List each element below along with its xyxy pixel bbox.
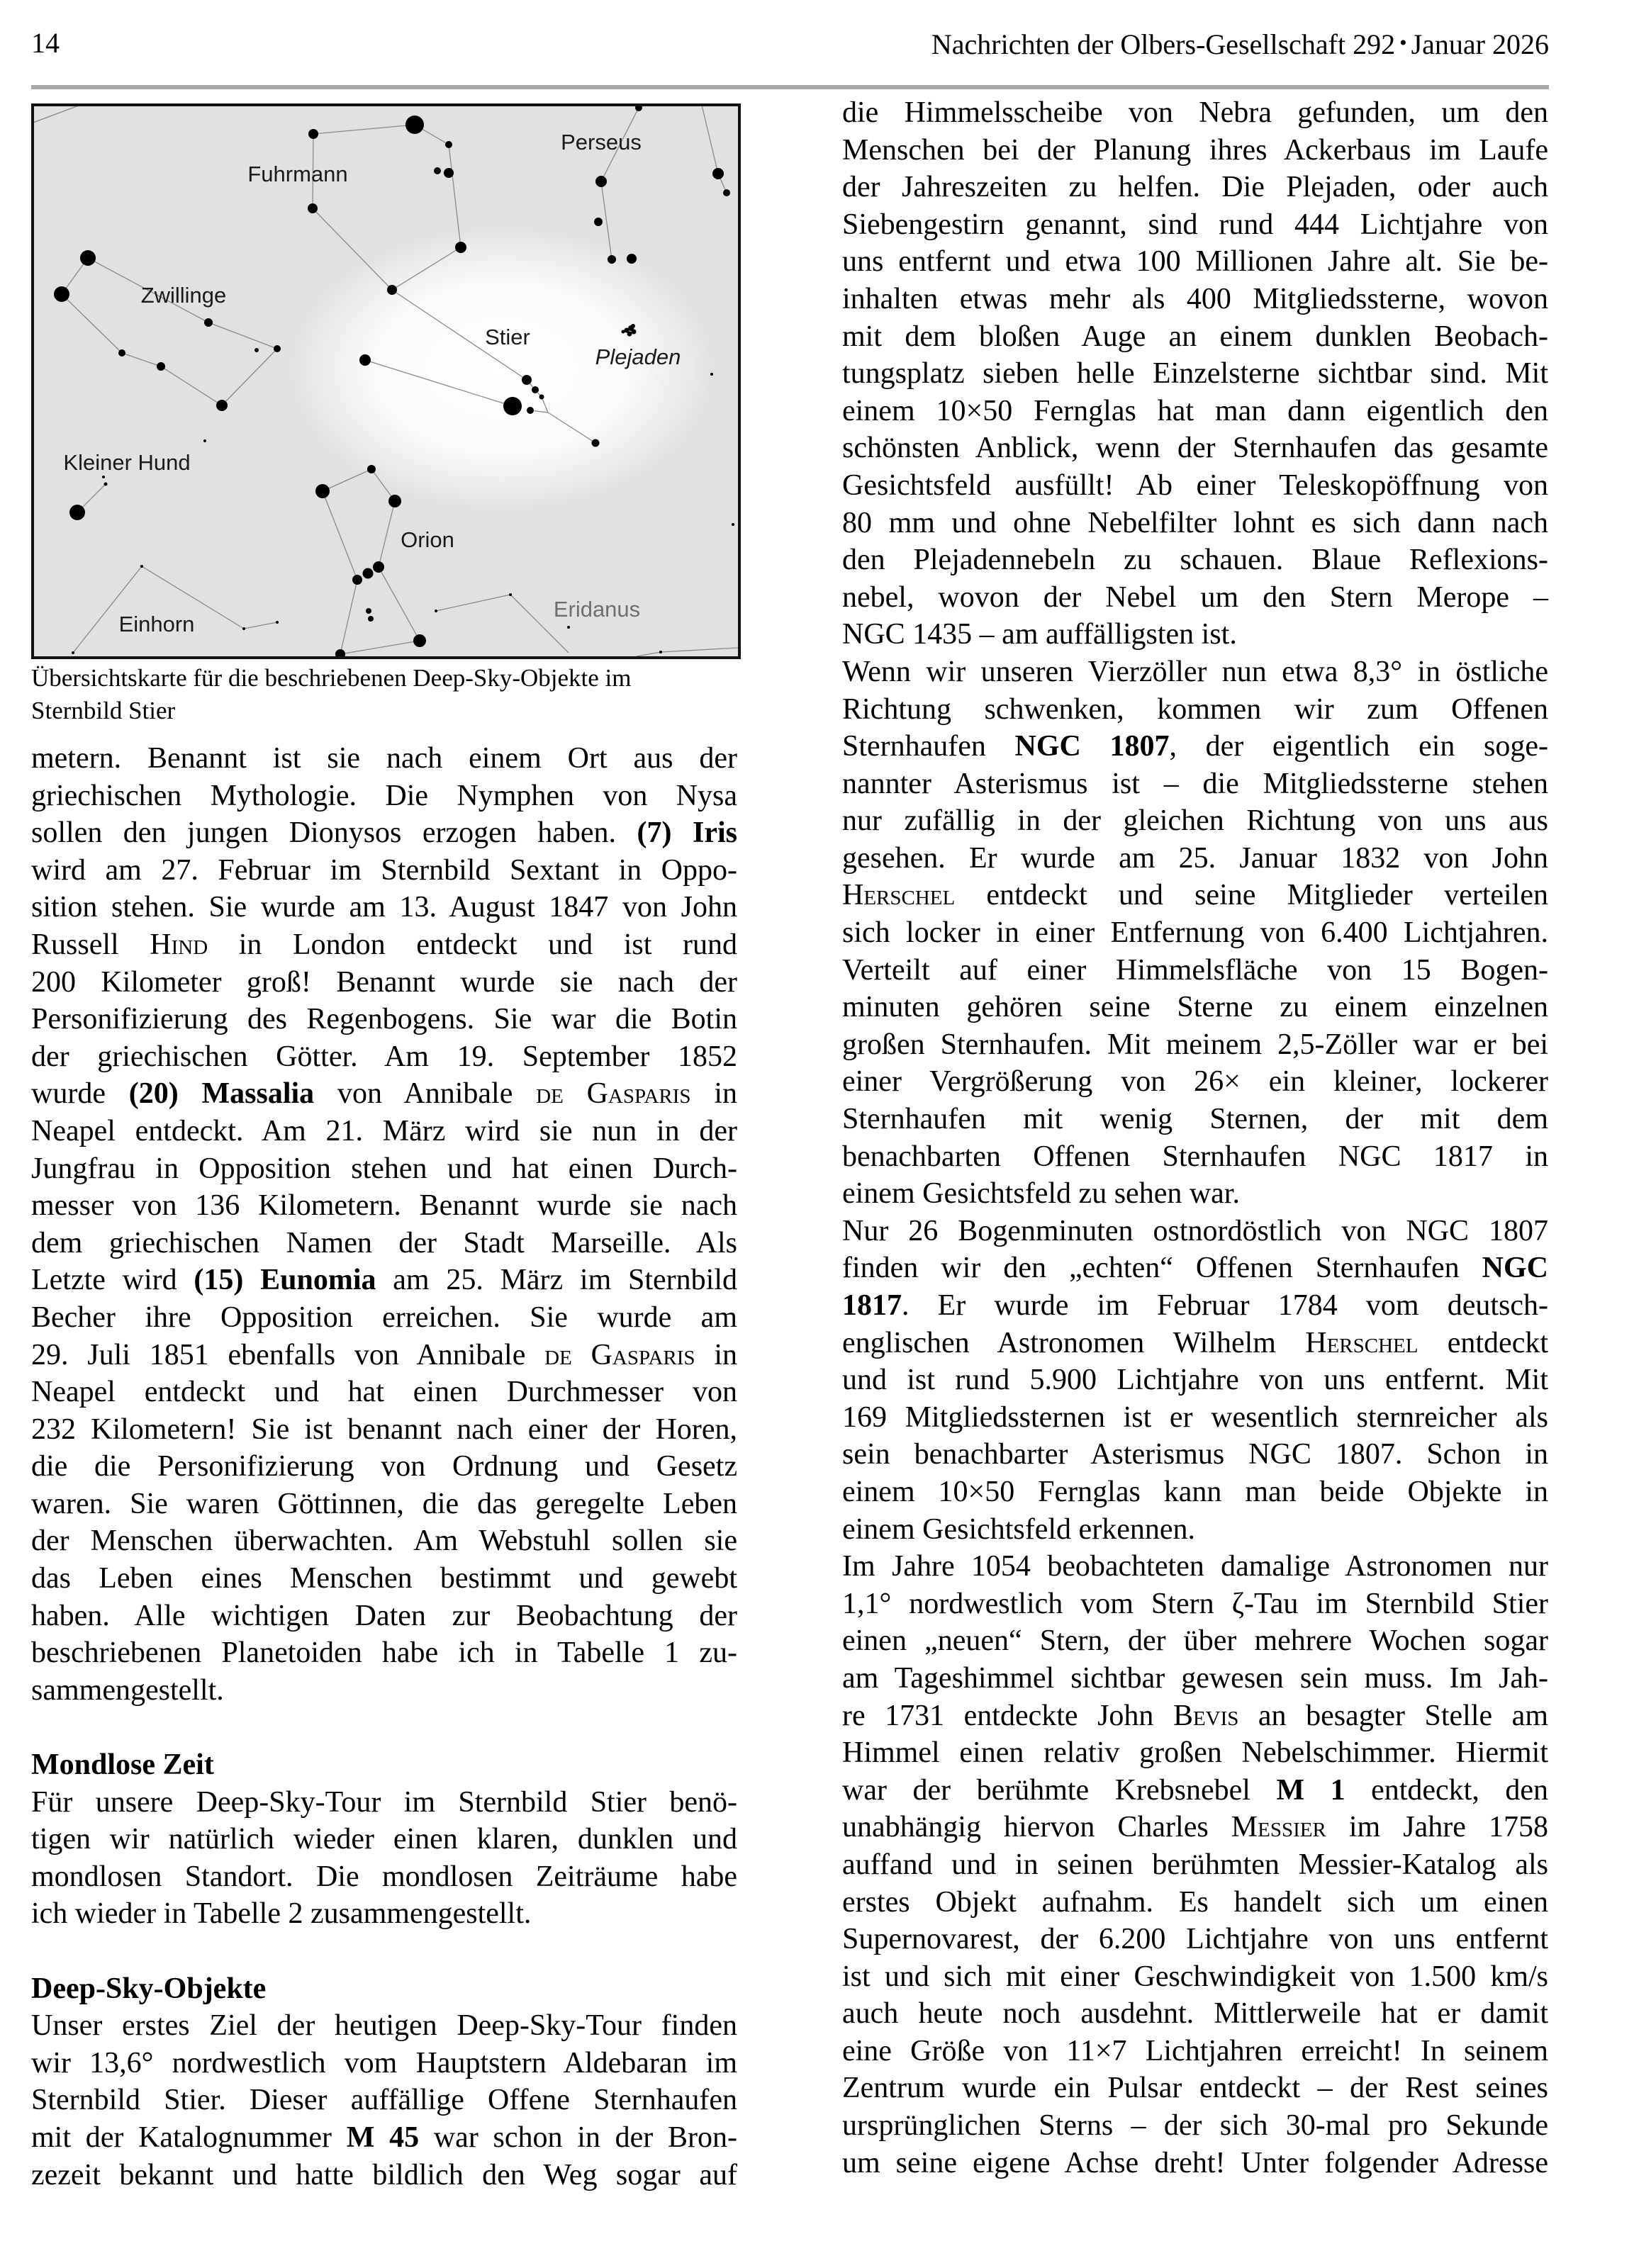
text-line: dem griechischen Namen der Stadt Marseil… xyxy=(31,1225,737,1262)
text-line: Herschel entdeckt und seine Mitglieder v… xyxy=(842,877,1548,914)
text-line: nur zufällig in der gleichen Richtung vo… xyxy=(842,802,1548,840)
text-line: der Jahreszeiten zu helfen. Die Plejaden… xyxy=(842,169,1548,206)
text-line: Sternhaufen mit wenig Sternen, der mit d… xyxy=(842,1101,1548,1138)
section-heading-deep-sky-objekte: Deep-Sky-Objekte xyxy=(31,1970,737,2008)
text-line: Sternhaufen NGC 1807, der eigentlich ein… xyxy=(842,728,1548,765)
text-line: englischen Astronomen Wilhelm Herschel e… xyxy=(842,1325,1548,1362)
text-line: Personifizierung des Regenbogens. Sie wa… xyxy=(31,1001,737,1038)
text-line: den Plejadennebeln zu schauen. Blaue Ref… xyxy=(842,541,1548,579)
text-line: Russell Hind in London entdeckt und ist … xyxy=(31,926,737,964)
caption-line: Sternbild Stier xyxy=(31,695,737,727)
left-column: metern. Benannt ist sie nach einem Ort a… xyxy=(31,740,737,2194)
text-line: einen „neuen“ Stern, der über mehrere Wo… xyxy=(842,1622,1548,1660)
text-line: Supernovarest, der 6.200 Lichtjahre von … xyxy=(842,1921,1548,1958)
section-heading-mondlose-zeit: Mondlose Zeit xyxy=(31,1746,737,1784)
text-line: sammengestellt. xyxy=(31,1672,737,1710)
text-line: war der berühmte Krebsnebel M 1 entdeckt… xyxy=(842,1772,1548,1809)
text-line: Verteilt auf einer Himmelsfläche von 15 … xyxy=(842,952,1548,989)
paragraph: Nur 26 Bogenminuten ostnordöstlich von N… xyxy=(842,1213,1548,1548)
text-line: Richtung schwenken, kommen wir zum Offen… xyxy=(842,691,1548,729)
text-line: griechischen Mythologie. Die Nymphen von… xyxy=(31,777,737,815)
text-line: NGC 1435 – am auffälligsten ist. xyxy=(842,616,1548,653)
text-line: am Tageshimmel sichtbar gewesen sein mus… xyxy=(842,1660,1548,1697)
text-line: auffand und in seinen berühmten Messier-… xyxy=(842,1846,1548,1884)
text-line: die Himmelsscheibe von Nebra gefunden, u… xyxy=(842,94,1548,132)
text-line: 232 Kilometern! Sie ist benannt nach ein… xyxy=(31,1411,737,1449)
text-line: gesehen. Er wurde am 25. Januar 1832 von… xyxy=(842,840,1548,877)
text-line: das Leben eines Menschen bestimmt und ge… xyxy=(31,1560,737,1598)
text-line: Neapel entdeckt. Am 21. März wird sie nu… xyxy=(31,1113,737,1150)
text-line: Zentrum wurde ein Pulsar entdeckt – der … xyxy=(842,2070,1548,2107)
text-line: sich locker in einer Entfernung von 6.40… xyxy=(842,914,1548,952)
label-fuhrmann: Fuhrmann xyxy=(247,162,347,186)
text-line: Unser erstes Ziel der heutigen Deep-Sky-… xyxy=(31,2007,737,2045)
text-line: 1817. Er wurde im Februar 1784 vom deuts… xyxy=(842,1287,1548,1325)
text-line: zezeit bekannt und hatte bildlich den We… xyxy=(31,2157,737,2194)
text-line: 29. Juli 1851 ebenfalls von Annibale de … xyxy=(31,1337,737,1374)
text-line: wir 13,6° nordwestlich vom Hauptstern Al… xyxy=(31,2045,737,2082)
bullet-separator-icon: • xyxy=(1395,31,1411,55)
text-line: großen Sternhaufen. Mit meinem 2,5-Zölle… xyxy=(842,1026,1548,1064)
text-line: ich wieder in Tabelle 2 zusammengestellt… xyxy=(31,1895,737,1933)
text-line: 80 mm und ohne Nebelfilter lohnt es sich… xyxy=(842,505,1548,542)
text-line: auch heute noch ausdehnt. Mittlerweile h… xyxy=(842,1995,1548,2033)
text-line: metern. Benannt ist sie nach einem Ort a… xyxy=(31,740,737,777)
text-line: Siebengestirn genannt, sind rund 444 Lic… xyxy=(842,206,1548,244)
text-line: nannter Asterismus ist – die Mitgliedsst… xyxy=(842,765,1548,803)
label-stier: Stier xyxy=(485,325,530,349)
text-line: einem 10×50 Fernglas kann man beide Obje… xyxy=(842,1473,1548,1511)
label-zwillinge: Zwillinge xyxy=(141,283,227,308)
caption-line: Übersichtskarte für die beschriebenen De… xyxy=(31,662,737,695)
spacer xyxy=(31,1933,737,1970)
text-line: einem 10×50 Fernglas hat man dann eigent… xyxy=(842,393,1548,430)
text-line: minuten gehören seine Sterne zu einem ei… xyxy=(842,989,1548,1026)
text-line: re 1731 entdeckte John Bevis an besagter… xyxy=(842,1697,1548,1735)
right-column: die Himmelsscheibe von Nebra gefunden, u… xyxy=(842,94,1548,2182)
text-line: mit dem bloßen Auge an einem dunklen Beo… xyxy=(842,318,1548,356)
text-line: sollen den jungen Dionysos erzogen haben… xyxy=(31,814,737,852)
text-line: 1,1° nordwestlich vom Stern ζ-Tau im Ste… xyxy=(842,1585,1548,1623)
paragraph: metern. Benannt ist sie nach einem Ort a… xyxy=(31,740,737,1709)
text-line: Himmel einen relativ großen Nebelschimme… xyxy=(842,1734,1548,1772)
page-number: 14 xyxy=(31,26,60,61)
text-line: Nur 26 Bogenminuten ostnordöstlich von N… xyxy=(842,1213,1548,1250)
text-line: der Menschen überwachten. Am Webstuhl so… xyxy=(31,1522,737,1560)
text-line: mit der Katalognummer M 45 war schon in … xyxy=(31,2119,737,2157)
paragraph: Unser erstes Ziel der heutigen Deep-Sky-… xyxy=(31,2007,737,2194)
publication-title: Nachrichten der Olbers-Gesellschaft 292•… xyxy=(931,26,1549,62)
paragraph: Im Jahre 1054 beobachteten damalige Astr… xyxy=(842,1548,1548,2182)
text-line: ursprünglichen Sterns – der sich 30-mal … xyxy=(842,2107,1548,2145)
text-line: sein benachbarter Asterismus NGC 1807. S… xyxy=(842,1436,1548,1473)
label-einhorn: Einhorn xyxy=(119,612,195,636)
text-line: uns entfernt und etwa 100 Millionen Jahr… xyxy=(842,243,1548,281)
text-line: haben. Alle wichtigen Daten zur Beobacht… xyxy=(31,1598,737,1635)
text-line: wird am 27. Februar im Sternbild Sextant… xyxy=(31,852,737,889)
text-line: Jungfrau in Opposition stehen und hat ei… xyxy=(31,1150,737,1188)
label-eridanus: Eridanus xyxy=(554,597,640,622)
text-line: beschriebenen Planetoiden habe ich in Ta… xyxy=(31,1634,737,1672)
text-line: benachbarten Offenen Sternhaufen NGC 181… xyxy=(842,1138,1548,1176)
text-line: Im Jahre 1054 beobachteten damalige Astr… xyxy=(842,1548,1548,1585)
text-line: Gesichtsfeld ausfüllt! Ab einer Teleskop… xyxy=(842,467,1548,505)
text-line: Sternbild Stier. Dieser auffällige Offen… xyxy=(31,2082,737,2119)
running-header: 14 Nachrichten der Olbers-Gesellschaft 2… xyxy=(31,26,1549,61)
text-line: tigen wir natürlich wieder einen klaren,… xyxy=(31,1821,737,1858)
text-line: ist und sich mit einer Geschwindigkeit v… xyxy=(842,1958,1548,1996)
spacer xyxy=(31,1709,737,1746)
text-line: Becher ihre Opposition erreichen. Sie wu… xyxy=(31,1299,737,1337)
text-line: einem Gesichtsfeld erkennen. xyxy=(842,1511,1548,1549)
text-line: tungsplatz sieben helle Einzelsterne sic… xyxy=(842,355,1548,393)
text-line: schönsten Anblick, wenn der Sternhaufen … xyxy=(842,430,1548,467)
paragraph: Wenn wir unseren Vierzöller nun etwa 8,3… xyxy=(842,653,1548,1213)
text-line: um seine eigene Achse dreht! Unter folge… xyxy=(842,2145,1548,2182)
text-line: und ist rund 5.900 Lichtjahre von uns en… xyxy=(842,1362,1548,1399)
label-plejaden: Plejaden xyxy=(595,344,681,369)
figure-caption: Übersichtskarte für die beschriebenen De… xyxy=(31,662,737,727)
text-line: erstes Objekt aufnahm. Es handelt sich u… xyxy=(842,1884,1548,1921)
text-line: mondlosen Standort. Die mondlosen Zeiträ… xyxy=(31,1858,737,1896)
header-rule xyxy=(31,85,1549,89)
text-line: der griechischen Götter. Am 19. Septembe… xyxy=(31,1038,737,1076)
text-line: Wenn wir unseren Vierzöller nun etwa 8,3… xyxy=(842,653,1548,691)
text-line: finden wir den „echten“ Offenen Sternhau… xyxy=(842,1250,1548,1287)
text-line: unabhängig hiervon Charles Messier im Ja… xyxy=(842,1809,1548,1846)
text-line: Neapel entdeckt und hat einen Durchmesse… xyxy=(31,1374,737,1411)
text-line: Menschen bei der Planung ihres Ackerbaus… xyxy=(842,132,1548,169)
text-line: Für unsere Deep-Sky-Tour im Sternbild St… xyxy=(31,1784,737,1821)
text-line: messer von 136 Kilometern. Benannt wurde… xyxy=(31,1187,737,1225)
text-line: 200 Kilometer groß! Benannt wurde sie na… xyxy=(31,964,737,1001)
paragraph: Für unsere Deep-Sky-Tour im Sternbild St… xyxy=(31,1784,737,1933)
text-line: nebel, wovon der Nebel um den Stern Mero… xyxy=(842,579,1548,617)
paragraph: die Himmelsscheibe von Nebra gefunden, u… xyxy=(842,94,1548,653)
text-line: sition stehen. Sie wurde am 13. August 1… xyxy=(31,889,737,926)
text-line: einem Gesichtsfeld zu sehen war. xyxy=(842,1175,1548,1213)
text-line: waren. Sie waren Göttinnen, die das gere… xyxy=(31,1486,737,1523)
text-line: inhalten etwas mehr als 400 Mitgliedsste… xyxy=(842,281,1548,318)
star-chart-figure: Fuhrmann Perseus Zwillinge Stier Plejade… xyxy=(31,103,741,659)
label-orion: Orion xyxy=(401,527,454,552)
text-line: eine Größe von 11×7 Lichtjahren erreicht… xyxy=(842,2033,1548,2070)
text-line: Letzte wird (15) Eunomia am 25. März im … xyxy=(31,1262,737,1299)
label-perseus: Perseus xyxy=(561,130,642,155)
text-line: die die Personifizierung von Ordnung und… xyxy=(31,1448,737,1486)
text-line: einer Vergrößerung von 26× ein kleiner, … xyxy=(842,1063,1548,1101)
text-line: wurde (20) Massalia von Annibale de Gasp… xyxy=(31,1075,737,1113)
label-kleiner-hund: Kleiner Hund xyxy=(63,450,190,475)
constellation-map: Fuhrmann Perseus Zwillinge Stier Plejade… xyxy=(34,106,738,656)
text-line: 169 Mitgliedssternen ist er wesentlich s… xyxy=(842,1399,1548,1437)
